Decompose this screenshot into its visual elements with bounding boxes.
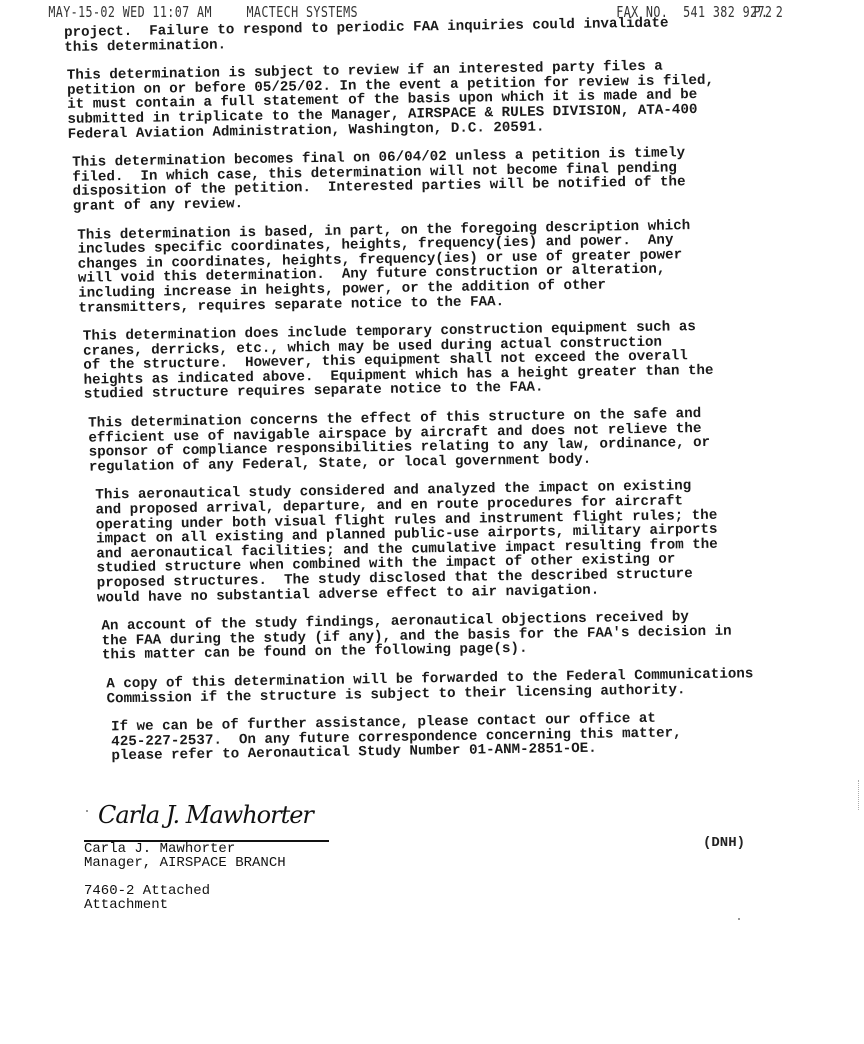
letter-paragraph: This determination concerns the effect o…	[88, 405, 849, 475]
letter-paragraph: This aeronautical study considered and a…	[95, 477, 851, 606]
scan-speck	[86, 810, 88, 812]
signatory-name: Carla J. Mawhorter	[84, 842, 384, 856]
attachment-line-1: 7460-2 Attached	[84, 884, 384, 898]
letter-paragraph: This determination is based, in part, on…	[77, 216, 846, 316]
letter-paragraph: If we can be of further assistance, plea…	[111, 709, 854, 764]
typist-initials: (DNH)	[703, 835, 745, 851]
scan-speck	[580, 68, 582, 70]
fax-date-time: MAY-15-02 WED 11:07 AM	[48, 3, 212, 21]
signatory-title: Manager, AIRSPACE BRANCH	[84, 856, 384, 870]
letter-paragraph: This determination becomes final on 06/0…	[72, 144, 845, 214]
fax-sender-company: MACTECH SYSTEMS	[246, 3, 358, 21]
letter-paragraph: This determination does include temporar…	[83, 318, 848, 403]
signature-block: Carla J. Mawhorter Carla J. Mawhorter Ma…	[84, 808, 384, 912]
letter-paragraph: This determination is subject to review …	[67, 57, 844, 142]
attachments-note: 7460-2 Attached Attachment	[84, 884, 384, 912]
handwritten-signature: Carla J. Mawhorter	[84, 808, 384, 842]
attachment-line-2: Attachment	[84, 898, 384, 912]
letter-paragraph: A copy of this determination will be for…	[106, 666, 852, 707]
letter-paragraph: An account of the study findings, aerona…	[101, 608, 852, 664]
letter-body: project. Failure to respond to periodic …	[62, 14, 854, 779]
scan-edge-mark	[858, 780, 860, 810]
scan-speck	[738, 918, 740, 920]
